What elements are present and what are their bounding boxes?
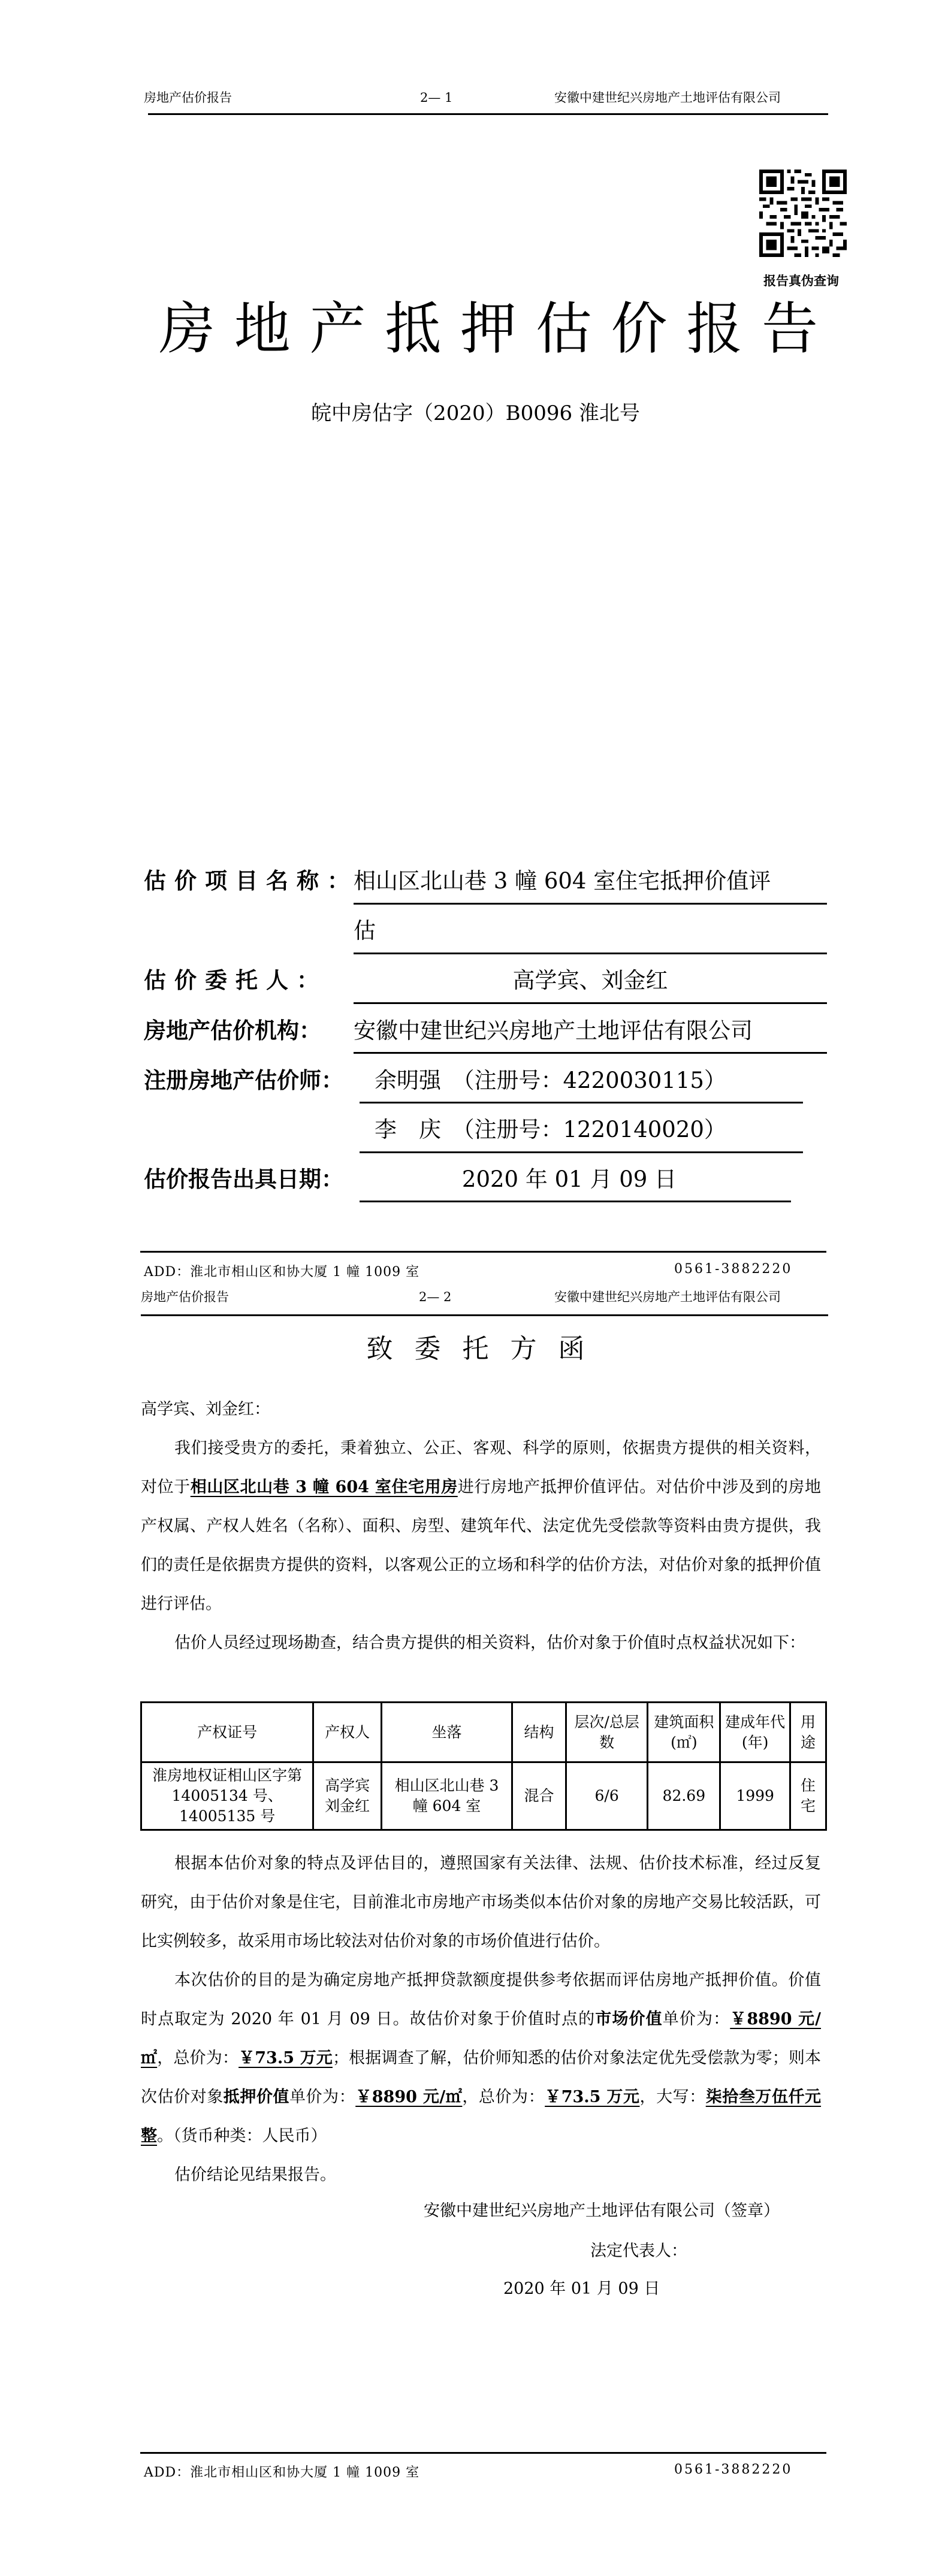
signature-date: 2020 年 01 月 09 日	[503, 2275, 660, 2299]
paragraph-1: 我们接受贵方的委托，秉着独立、公正、客观、科学的原则，依据贵方提供的相关资料，对…	[141, 1429, 821, 1623]
property-address: 相山区北山巷 3 幢 604 室住宅用房	[191, 1478, 458, 1496]
cell-cert: 淮房地权证相山区字第 14005134 号、14005135 号	[141, 1762, 313, 1830]
date-value: 2020 年 01 月 09 日	[360, 1165, 779, 1194]
footer-phone: 0561-3882220	[674, 2462, 792, 2477]
field-agency: 房地产估价机构：	[144, 1017, 352, 1045]
table-header-row: 产权证号 产权人 坐落 结构 层次/总层数 建筑面积(㎡) 建成年代(年) 用途	[141, 1703, 826, 1762]
mortgage-value-label: 抵押价值	[224, 2088, 289, 2106]
field-project: 估价项目名称：	[144, 867, 352, 896]
qr-code-icon[interactable]	[759, 170, 847, 257]
cell-year: 1999	[720, 1762, 790, 1830]
paragraph-4: 本次估价的目的是为确定房地产抵押贷款额度提供参考依据而评估房地产抵押价值。价值时…	[141, 1961, 821, 2155]
project-value-line2: 估	[354, 917, 376, 945]
para4-text-e: 单价为：	[289, 2088, 355, 2106]
header-right: 安徽中建世纪兴房地产土地评估有限公司	[554, 90, 781, 105]
paragraph-3: 根据本估价对象的特点及评估目的，遵照国家有关法律、法规、估价技术标准，经过反复研…	[141, 1844, 821, 1961]
mortgage-unit-price: ￥8890 元/㎡	[355, 2088, 462, 2106]
footer-rule	[140, 1251, 826, 1253]
col-year: 建成年代(年)	[720, 1703, 790, 1762]
cell-use: 住宅	[790, 1762, 826, 1830]
col-cert: 产权证号	[141, 1703, 313, 1762]
signature-company: 安徽中建世纪兴房地产土地评估有限公司（签章）	[424, 2197, 780, 2221]
appraiser-2-underline	[360, 1151, 803, 1153]
letter-title: 致委托方函	[0, 1327, 951, 1365]
appraiser-1-underline	[360, 1102, 803, 1103]
client-label: 估价委托人：	[144, 966, 352, 995]
date-underline	[360, 1201, 791, 1202]
footer-rule	[140, 2452, 826, 2454]
col-location: 坐落	[381, 1703, 512, 1762]
date-label: 估价报告出具日期：	[144, 1165, 352, 1194]
letter-body-top: 高学宾、刘金红： 我们接受贵方的委托，秉着独立、公正、客观、科学的原则，依据贵方…	[141, 1390, 821, 1662]
agency-value: 安徽中建世纪兴房地产土地评估有限公司	[354, 1017, 753, 1045]
client-underline	[354, 1002, 827, 1004]
paragraph-2: 估价人员经过现场勘查，结合贵方提供的相关资料，估价对象于价值时点权益状况如下：	[141, 1623, 821, 1662]
col-use: 用途	[790, 1703, 826, 1762]
appraiser-label: 注册房地产估价师：	[144, 1066, 352, 1095]
appraiser-2: 李 庆 （注册号：1220140020）	[375, 1115, 726, 1144]
header-page-number: 2— 2	[419, 1289, 451, 1305]
header-rule	[141, 1314, 828, 1316]
appraiser-1: 余明强 （注册号：4220030115）	[375, 1066, 726, 1095]
project-underline-2	[354, 953, 827, 954]
para1-text-b: 进行房地产抵押价值评估。对估价中涉及到的房地产权属、产权人姓名（名称）、面积、房…	[141, 1478, 821, 1613]
para4-text-g: ，大写：	[640, 2088, 706, 2106]
agency-label: 房地产估价机构：	[144, 1017, 352, 1045]
para4-text-c: ，总价为：	[157, 2049, 238, 2067]
header-left: 房地产估价报告	[144, 90, 232, 105]
client-value: 高学宾、刘金红	[354, 966, 827, 995]
qr-caption: 报告真伪查询	[763, 271, 839, 289]
paragraph-5: 估价结论见结果报告。	[141, 2155, 821, 2194]
cell-owner: 高学宾 刘金红	[313, 1762, 382, 1830]
project-underline-1	[354, 903, 827, 905]
header-right: 安徽中建世纪兴房地产土地评估有限公司	[554, 1289, 781, 1305]
para4-text-h: 。（货币种类：人民币）	[157, 2127, 327, 2145]
market-value-label: 市场价值	[595, 2010, 663, 2028]
header-rule	[148, 113, 828, 115]
para4-text-b: 单价为：	[663, 2010, 730, 2028]
table-row: 淮房地权证相山区字第 14005134 号、14005135 号 高学宾 刘金红…	[141, 1762, 826, 1830]
para4-text-f: ，总价为：	[462, 2088, 545, 2106]
field-client: 估价委托人：	[144, 966, 352, 995]
footer-address: ADD：淮北市相山区和协大厦 1 幢 1009 室	[144, 1262, 419, 1280]
col-structure: 结构	[512, 1703, 566, 1762]
footer-phone: 0561-3882220	[674, 1262, 792, 1277]
col-area: 建筑面积(㎡)	[648, 1703, 720, 1762]
cell-floor: 6/6	[566, 1762, 648, 1830]
field-appraiser: 注册房地产估价师：	[144, 1066, 352, 1095]
report-title: 房地产抵押估价报告	[159, 297, 818, 362]
agency-underline	[354, 1052, 827, 1054]
project-label: 估价项目名称：	[144, 867, 352, 896]
market-total-price: ￥73.5 万元	[238, 2049, 333, 2067]
report-number: 皖中房估字（2020）B0096 淮北号	[0, 397, 951, 426]
letter-body-bottom: 根据本估价对象的特点及评估目的，遵照国家有关法律、法规、估价技术标准，经过反复研…	[141, 1844, 821, 2194]
header-left: 房地产估价报告	[141, 1289, 229, 1305]
mortgage-total-price: ￥73.5 万元	[545, 2088, 639, 2106]
cell-area: 82.69	[648, 1762, 720, 1830]
cell-structure: 混合	[512, 1762, 566, 1830]
project-value-line1: 相山区北山巷 3 幢 604 室住宅抵押价值评	[354, 867, 771, 896]
property-table: 产权证号 产权人 坐落 结构 层次/总层数 建筑面积(㎡) 建成年代(年) 用途…	[140, 1701, 827, 1831]
salutation: 高学宾、刘金红：	[141, 1390, 821, 1429]
cell-location: 相山区北山巷 3 幢 604 室	[381, 1762, 512, 1830]
col-owner: 产权人	[313, 1703, 382, 1762]
col-floor: 层次/总层数	[566, 1703, 648, 1762]
header-page-number: 2— 1	[420, 90, 452, 105]
field-date: 估价报告出具日期：	[144, 1165, 352, 1194]
signature-representative: 法定代表人：	[590, 2238, 687, 2261]
footer-address: ADD：淮北市相山区和协大厦 1 幢 1009 室	[144, 2462, 419, 2481]
